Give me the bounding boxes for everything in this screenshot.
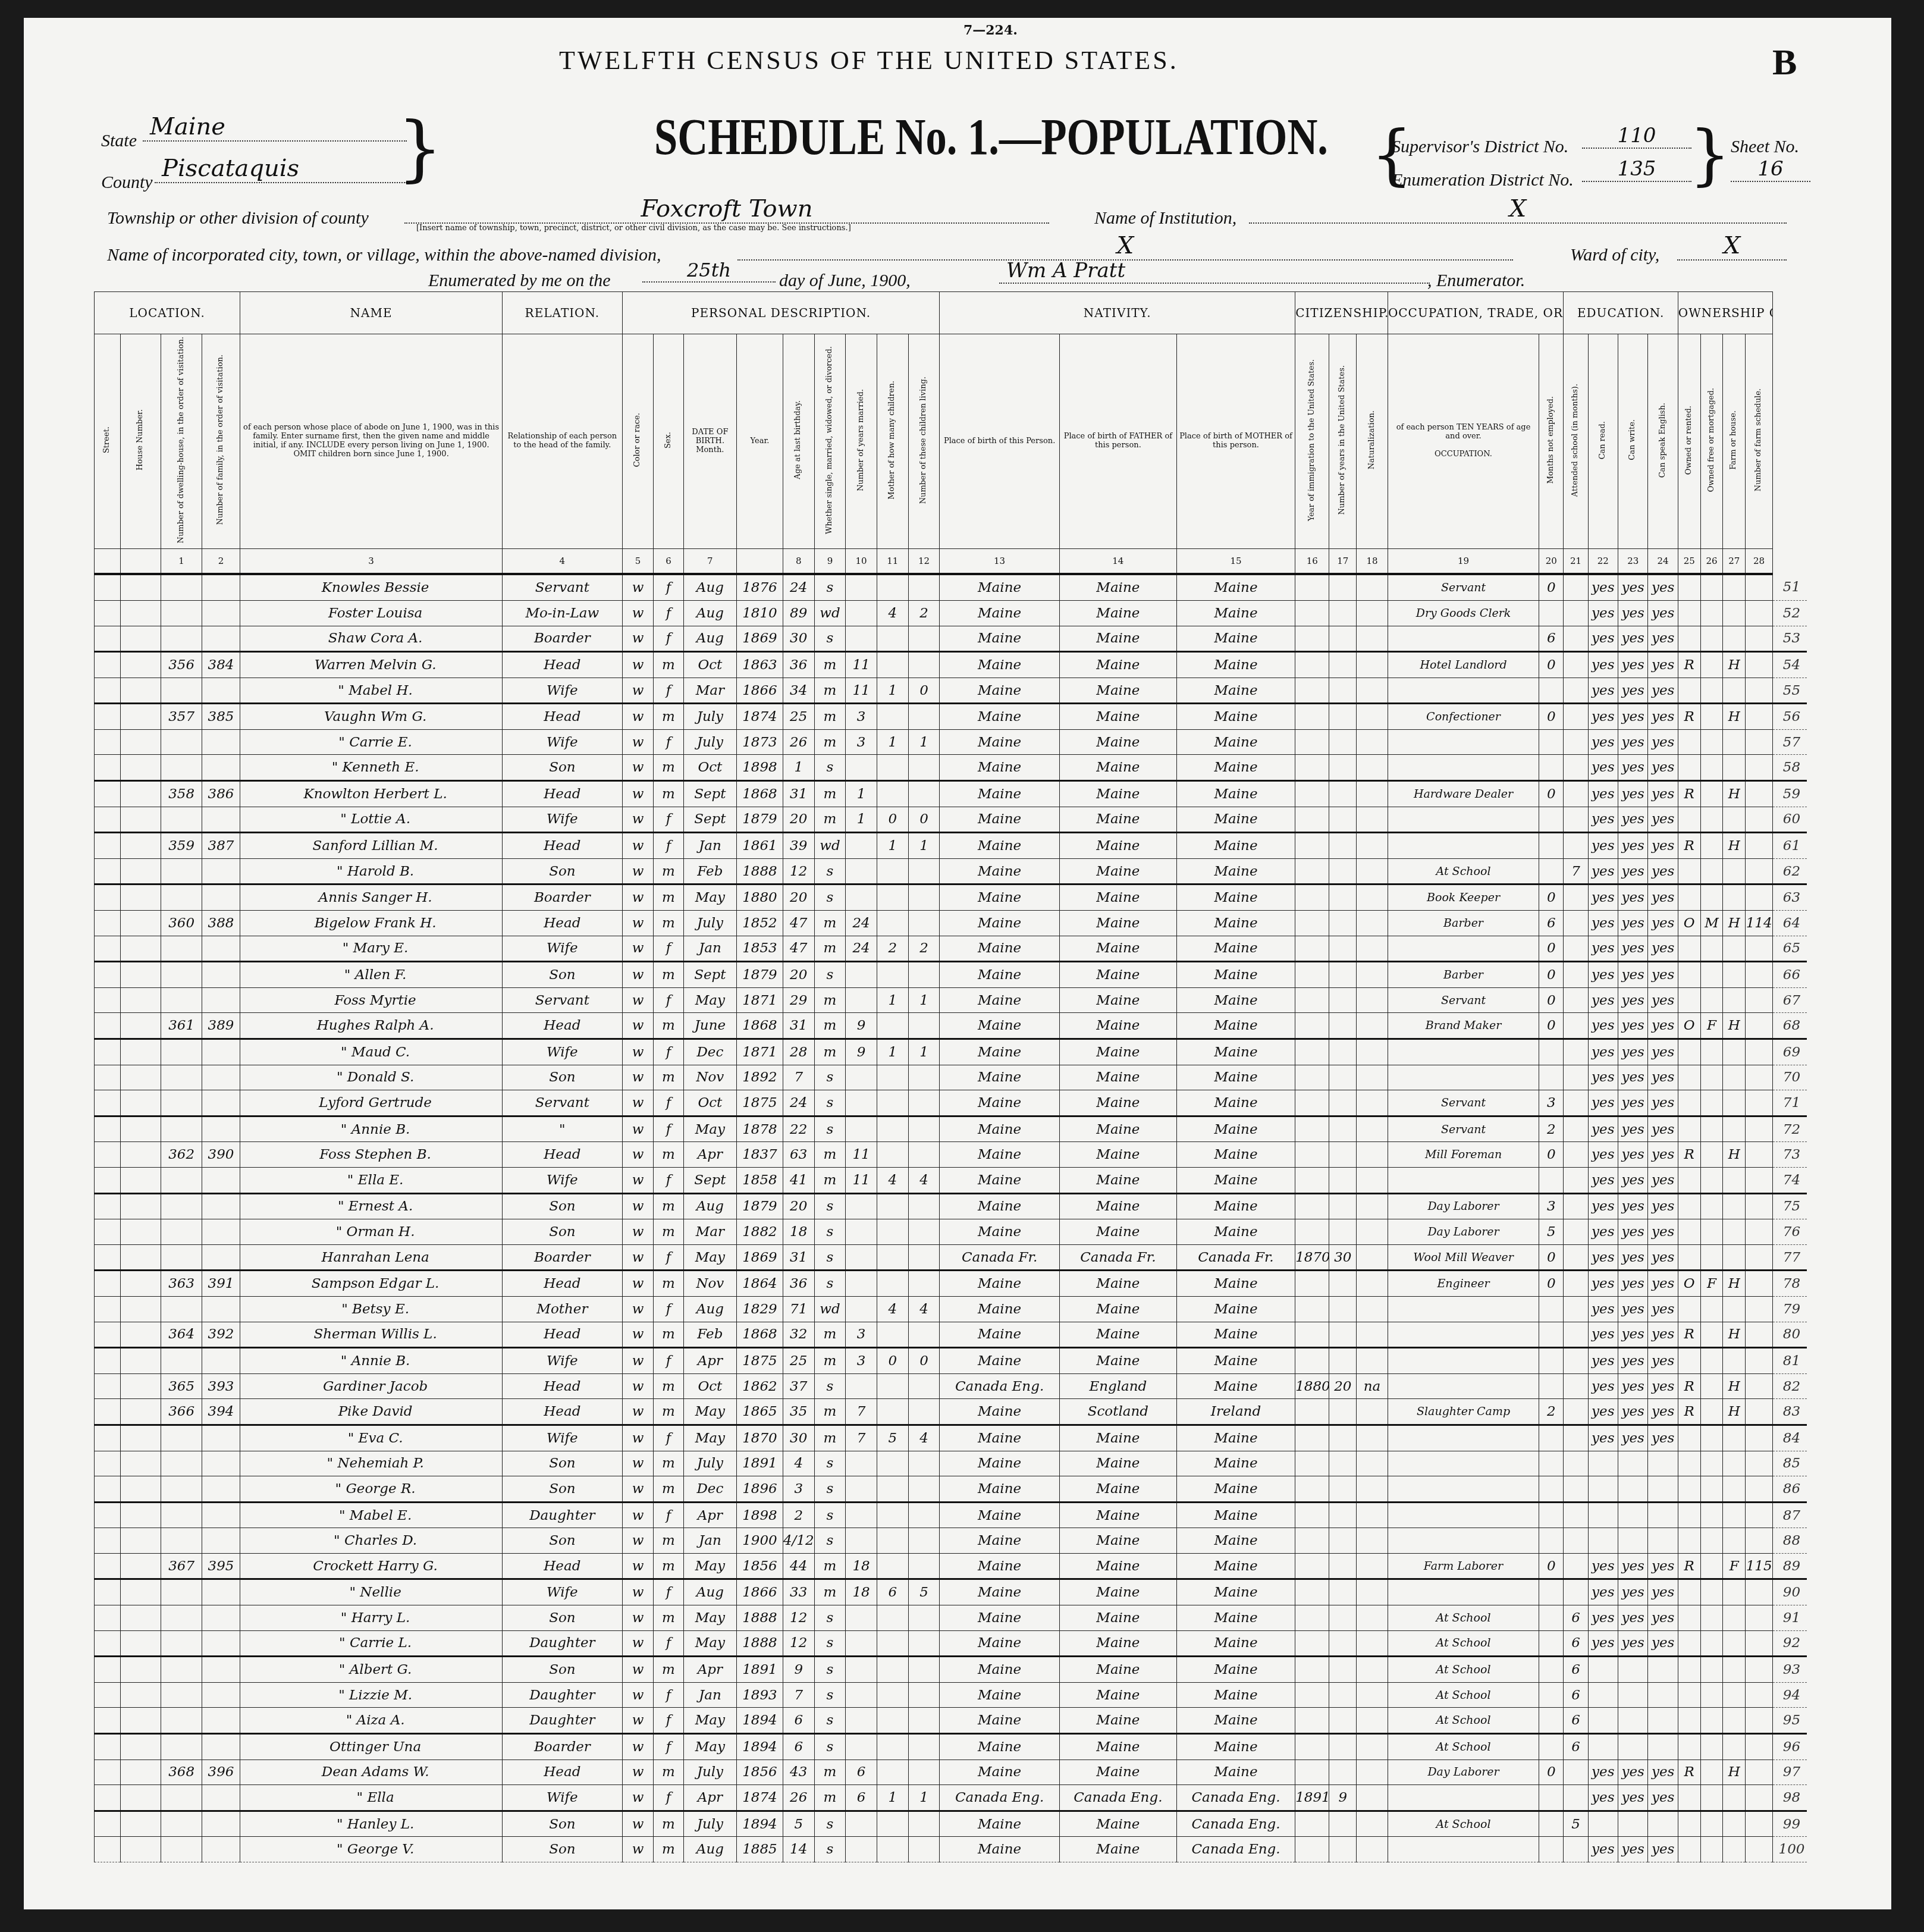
- farm-schedule-cell: [1746, 678, 1773, 704]
- ward-field[interactable]: X: [1677, 232, 1787, 261]
- age-cell: 1: [783, 755, 814, 781]
- can-speak-english-cell: yes: [1648, 1116, 1678, 1142]
- immigration-year-cell: [1295, 807, 1329, 833]
- months-unemployed-cell: [1539, 1785, 1564, 1811]
- can-speak-english-cell: yes: [1648, 1296, 1678, 1322]
- occupation-cell: Barber: [1388, 911, 1539, 936]
- immigration-year-cell: [1295, 1013, 1329, 1039]
- table-row: Foss MyrtieServantwfMay187129m11MaineMai…: [95, 987, 1807, 1013]
- age-cell: 26: [783, 1785, 814, 1811]
- owned-rented-cell: [1678, 1039, 1700, 1065]
- birthplace-person-cell: Maine: [940, 1502, 1060, 1528]
- mother-of-cell: [877, 1605, 908, 1631]
- attended-school-cell: [1564, 678, 1588, 704]
- can-read-cell: [1588, 1502, 1618, 1528]
- farm-house-cell: [1723, 1657, 1746, 1683]
- person-name-cell: " Kenneth E.: [240, 755, 503, 781]
- farm-schedule-cell: [1746, 1296, 1773, 1322]
- birth-month-cell: Apr: [683, 1785, 736, 1811]
- column-number: 15: [1176, 549, 1295, 575]
- marital-status-cell: wd: [814, 1296, 846, 1322]
- free-mortgaged-cell: [1700, 1399, 1723, 1425]
- can-read-cell: [1588, 1811, 1618, 1837]
- farm-schedule-cell: [1746, 1759, 1773, 1785]
- age-cell: 20: [783, 885, 814, 911]
- birthplace-father-cell: Maine: [1059, 729, 1176, 755]
- line-number: 84: [1772, 1425, 1807, 1451]
- house-number-cell: [120, 1553, 161, 1579]
- months-unemployed-cell: 0: [1539, 1013, 1564, 1039]
- line-number: 81: [1772, 1348, 1807, 1374]
- color-cell: w: [622, 1476, 654, 1503]
- naturalization-cell: [1357, 1528, 1388, 1554]
- color-cell: w: [622, 1425, 654, 1451]
- naturalization-cell: [1357, 885, 1388, 911]
- street-cell: [95, 1502, 121, 1528]
- dwelling-number-cell: 365: [161, 1373, 202, 1399]
- table-row: " Hanley L.SonwmJuly18945sMaineMaineCana…: [95, 1811, 1807, 1837]
- street-cell: [95, 1167, 121, 1193]
- city-label: Name of incorporated city, town, or vill…: [107, 245, 661, 265]
- occupation-cell: [1388, 936, 1539, 962]
- can-write-cell: yes: [1618, 833, 1648, 859]
- free-mortgaged-cell: [1700, 1502, 1723, 1528]
- citizenship-header: CITIZENSHIP.: [1295, 292, 1388, 334]
- birthplace-person-cell: Maine: [940, 1090, 1060, 1116]
- color-cell: w: [622, 781, 654, 807]
- birthplace-mother-cell: Maine: [1176, 1373, 1295, 1399]
- birthplace-person-cell: Maine: [940, 1065, 1060, 1090]
- naturalization-cell: [1357, 1142, 1388, 1168]
- relation-cell: Son: [503, 1811, 623, 1837]
- line-number: 63: [1772, 885, 1807, 911]
- family-number-cell: [202, 1605, 240, 1631]
- years-in-us-col: Number of years in the United States.: [1329, 334, 1357, 549]
- years-in-us-cell: 9: [1329, 1785, 1357, 1811]
- person-name-cell: Pike David: [240, 1399, 503, 1425]
- house-number-cell: [120, 1013, 161, 1039]
- enumerator-field[interactable]: Wm A Pratt: [999, 259, 1430, 284]
- birth-year-cell: 1858: [737, 1167, 783, 1193]
- family-number-cell: [202, 1528, 240, 1554]
- children-living-cell: [908, 1605, 940, 1631]
- birthplace-father-cell: Maine: [1059, 1476, 1176, 1503]
- age-cell: 2: [783, 1502, 814, 1528]
- birthplace-mother-cell: Maine: [1176, 1605, 1295, 1631]
- farm-house-cell: [1723, 936, 1746, 962]
- mother-of-cell: 1: [877, 987, 908, 1013]
- can-write-cell: yes: [1618, 987, 1648, 1013]
- can-write-cell: [1618, 1528, 1648, 1554]
- free-mortgaged-cell: [1700, 1528, 1723, 1554]
- family-number-cell: [202, 1039, 240, 1065]
- street-cell: [95, 1090, 121, 1116]
- birthplace-mother-cell: Maine: [1176, 987, 1295, 1013]
- naturalization-cell: [1357, 781, 1388, 807]
- street-cell: [95, 704, 121, 730]
- age-cell: 14: [783, 1837, 814, 1862]
- age-cell: 24: [783, 574, 814, 600]
- dwelling-number-cell: [161, 858, 202, 885]
- birthplace-person-cell: Maine: [940, 1013, 1060, 1039]
- can-read-cell: yes: [1588, 755, 1618, 781]
- birthplace-father-cell: Maine: [1059, 1657, 1176, 1683]
- years-in-us-cell: [1329, 1708, 1357, 1734]
- county-field[interactable]: Piscataquis: [155, 155, 407, 183]
- farm-house-cell: [1723, 1630, 1746, 1657]
- can-write-cell: yes: [1618, 1065, 1648, 1090]
- column-number: 8: [783, 549, 814, 575]
- birth-month-cell: Feb: [683, 858, 736, 885]
- color-cell: w: [622, 574, 654, 600]
- farm-house-cell: [1723, 858, 1746, 885]
- birthplace-mother-cell: Maine: [1176, 1502, 1295, 1528]
- marital-status-cell: s: [814, 1682, 846, 1708]
- line-number: 96: [1772, 1734, 1807, 1760]
- years-married-cell: 18: [846, 1553, 877, 1579]
- house-number-cell: [120, 1605, 161, 1631]
- dwelling-number-cell: [161, 1528, 202, 1554]
- can-write-cell: yes: [1618, 1116, 1648, 1142]
- sex-cell: m: [654, 1476, 683, 1503]
- children-living-cell: [908, 1373, 940, 1399]
- nativity-header: NATIVITY.: [940, 292, 1295, 334]
- attended-school-cell: [1564, 729, 1588, 755]
- owned-rented-cell: [1678, 858, 1700, 885]
- column-number: 24: [1648, 549, 1678, 575]
- person-name-cell: " Eva C.: [240, 1425, 503, 1451]
- naturalization-cell: [1357, 1193, 1388, 1219]
- years-married-cell: [846, 1734, 877, 1760]
- table-row: Hanrahan LenaBoarderwfMay186931sCanada F…: [95, 1244, 1807, 1271]
- birthplace-father-cell: Canada Eng.: [1059, 1785, 1176, 1811]
- years-in-us-cell: [1329, 1193, 1357, 1219]
- color-cell: w: [622, 1837, 654, 1862]
- line-number: 100: [1772, 1837, 1807, 1862]
- table-row: " Donald S.SonwmNov18927sMaineMaineMaine…: [95, 1065, 1807, 1090]
- occupation-cell: [1388, 833, 1539, 859]
- line-number: 99: [1772, 1811, 1807, 1837]
- line-number: 61: [1772, 833, 1807, 859]
- marital-status-cell: s: [814, 1708, 846, 1734]
- age-cell: 6: [783, 1734, 814, 1760]
- farm-house-cell: F: [1723, 1553, 1746, 1579]
- birthplace-person-cell: Maine: [940, 574, 1060, 600]
- can-speak-english-cell: yes: [1648, 1837, 1678, 1862]
- free-mortgaged-cell: [1700, 600, 1723, 626]
- free-mortgaged-cell: [1700, 1039, 1723, 1065]
- dwelling-number-cell: 357: [161, 704, 202, 730]
- age-cell: 29: [783, 987, 814, 1013]
- house-number-cell: [120, 600, 161, 626]
- can-speak-english-cell: yes: [1648, 1065, 1678, 1090]
- family-number-cell: 384: [202, 652, 240, 678]
- months-unemployed-cell: [1539, 600, 1564, 626]
- attended-school-col: Attended school (in months).: [1564, 334, 1588, 549]
- children-living-cell: [908, 1322, 940, 1348]
- can-read-cell: [1588, 1528, 1618, 1554]
- years-in-us-cell: [1329, 678, 1357, 704]
- occupation-cell: Wool Mill Weaver: [1388, 1244, 1539, 1271]
- can-read-cell: yes: [1588, 678, 1618, 704]
- family-number-cell: [202, 574, 240, 600]
- can-read-cell: yes: [1588, 1193, 1618, 1219]
- farm-house-cell: H: [1723, 652, 1746, 678]
- institution-field[interactable]: X: [1249, 195, 1787, 224]
- marital-status-cell: wd: [814, 833, 846, 859]
- occupation-cell: Slaughter Camp: [1388, 1399, 1539, 1425]
- owned-rented-cell: [1678, 1605, 1700, 1631]
- person-name-cell: " Mabel E.: [240, 1502, 503, 1528]
- can-speak-english-cell: yes: [1648, 704, 1678, 730]
- children-living-cell: [908, 1476, 940, 1503]
- birthplace-mother-cell: Maine: [1176, 1630, 1295, 1657]
- name-desc: of each person whose place of abode on J…: [240, 334, 503, 549]
- birthplace-mother-cell: Maine: [1176, 1657, 1295, 1683]
- column-number: 18: [1357, 549, 1388, 575]
- line-number: 95: [1772, 1708, 1807, 1734]
- birthplace-mother-cell: Maine: [1176, 1142, 1295, 1168]
- immigration-year-cell: [1295, 885, 1329, 911]
- house-number-cell: [120, 1734, 161, 1760]
- color-cell: w: [622, 704, 654, 730]
- relation-cell: Wife: [503, 1348, 623, 1374]
- mother-of-cell: [877, 652, 908, 678]
- person-name-cell: Knowlton Herbert L.: [240, 781, 503, 807]
- birthplace-person-cell: Maine: [940, 807, 1060, 833]
- naturalization-cell: [1357, 704, 1388, 730]
- naturalization-cell: [1357, 1605, 1388, 1631]
- family-number-cell: [202, 1451, 240, 1476]
- mother-of-cell: [877, 704, 908, 730]
- marital-status-cell: m: [814, 729, 846, 755]
- immigration-year-cell: [1295, 1734, 1329, 1760]
- can-write-cell: yes: [1618, 1837, 1648, 1862]
- street-cell: [95, 936, 121, 962]
- naturalization-cell: [1357, 1219, 1388, 1245]
- immigration-year-cell: [1295, 1502, 1329, 1528]
- can-read-cell: yes: [1588, 1605, 1618, 1631]
- relation-cell: Head: [503, 1759, 623, 1785]
- family-number-cell: [202, 600, 240, 626]
- mother-of-cell: 6: [877, 1579, 908, 1605]
- birthplace-mother-cell: Maine: [1176, 1219, 1295, 1245]
- dwelling-number-cell: [161, 1348, 202, 1374]
- birthplace-father-cell: Maine: [1059, 962, 1176, 988]
- house-number-cell: [120, 833, 161, 859]
- birthplace-father-cell: Maine: [1059, 1116, 1176, 1142]
- birthplace-person-cell: Maine: [940, 1425, 1060, 1451]
- dwelling-number-cell: [161, 885, 202, 911]
- family-number-cell: [202, 1657, 240, 1683]
- years-married-cell: 11: [846, 678, 877, 704]
- dwelling-number-cell: [161, 807, 202, 833]
- can-read-cell: yes: [1588, 1348, 1618, 1374]
- years-in-us-cell: [1329, 987, 1357, 1013]
- free-mortgaged-cell: [1700, 781, 1723, 807]
- township-field[interactable]: Foxcroft Town: [404, 195, 1049, 224]
- birthplace-mother-cell: Maine: [1176, 1476, 1295, 1503]
- free-mortgaged-cell: [1700, 1630, 1723, 1657]
- color-cell: w: [622, 1630, 654, 1657]
- immigration-year-cell: [1295, 962, 1329, 988]
- city-field[interactable]: X: [737, 232, 1513, 261]
- months-unemployed-cell: [1539, 1373, 1564, 1399]
- farm-schedule-cell: [1746, 987, 1773, 1013]
- birth-month-cell: May: [683, 1399, 736, 1425]
- sheet-number-field[interactable]: 16: [1731, 157, 1810, 182]
- birth-year-cell: 1868: [737, 1013, 783, 1039]
- person-name-cell: " Donald S.: [240, 1065, 503, 1090]
- person-name-cell: Shaw Cora A.: [240, 626, 503, 652]
- table-row: " Eva C.WifewfMay187030m754MaineMaineMai…: [95, 1425, 1807, 1451]
- mother-of-cell: [877, 1657, 908, 1683]
- relation-cell: Wife: [503, 807, 623, 833]
- birth-year-cell: 1891: [737, 1451, 783, 1476]
- farm-house-cell: H: [1723, 781, 1746, 807]
- township-hint: [Insert name of township, town, precinct…: [416, 224, 851, 233]
- population-table: LOCATION. NAME RELATION. PERSONAL DESCRI…: [94, 291, 1807, 1862]
- can-read-cell: yes: [1588, 858, 1618, 885]
- can-write-cell: yes: [1618, 1348, 1648, 1374]
- column-number: 27: [1723, 549, 1746, 575]
- marital-status-cell: m: [814, 1579, 846, 1605]
- birth-month-cell: Feb: [683, 1322, 736, 1348]
- mother-of-cell: 1: [877, 1039, 908, 1065]
- owned-rented-cell: [1678, 1090, 1700, 1116]
- can-speak-english-cell: yes: [1648, 1090, 1678, 1116]
- birthplace-father-cell: Maine: [1059, 1039, 1176, 1065]
- birthplace-father-cell: England: [1059, 1373, 1176, 1399]
- relation-cell: Boarder: [503, 885, 623, 911]
- sex-cell: f: [654, 1502, 683, 1528]
- color-cell: w: [622, 1142, 654, 1168]
- dwelling-number-cell: 364: [161, 1322, 202, 1348]
- birth-year-cell: 1888: [737, 858, 783, 885]
- line-number: 62: [1772, 858, 1807, 885]
- table-row: " Kenneth E.SonwmOct18981sMaineMaineMain…: [95, 755, 1807, 781]
- birth-month-cell: Jan: [683, 1682, 736, 1708]
- relation-cell: Boarder: [503, 626, 623, 652]
- can-read-cell: yes: [1588, 885, 1618, 911]
- street-col: Street.: [95, 334, 121, 549]
- children-living-cell: [908, 1837, 940, 1862]
- immigration-year-cell: [1295, 600, 1329, 626]
- relation-cell: Daughter: [503, 1682, 623, 1708]
- color-cell: w: [622, 1785, 654, 1811]
- color-cell: w: [622, 1451, 654, 1476]
- months-unemployed-cell: [1539, 1476, 1564, 1503]
- can-write-cell: [1618, 1657, 1648, 1683]
- farm-schedule-cell: [1746, 962, 1773, 988]
- years-in-us-cell: [1329, 1837, 1357, 1862]
- color-cell: w: [622, 936, 654, 962]
- birth-month-cell: July: [683, 704, 736, 730]
- line-number: 90: [1772, 1579, 1807, 1605]
- can-read-cell: yes: [1588, 600, 1618, 626]
- naturalization-cell: [1357, 1039, 1388, 1065]
- relation-cell: Wife: [503, 1039, 623, 1065]
- free-mortgaged-cell: [1700, 1605, 1723, 1631]
- free-mortgaged-cell: F: [1700, 1271, 1723, 1297]
- line-number: 68: [1772, 1013, 1807, 1039]
- family-number-cell: 385: [202, 704, 240, 730]
- farm-house-cell: H: [1723, 1759, 1746, 1785]
- naturalization-cell: [1357, 1065, 1388, 1090]
- birthplace-father-cell: Maine: [1059, 1528, 1176, 1554]
- children-living-cell: [908, 781, 940, 807]
- birthplace-person-cell: Maine: [940, 833, 1060, 859]
- age-cell: 32: [783, 1322, 814, 1348]
- farm-house-cell: [1723, 1528, 1746, 1554]
- birthplace-person-cell: Maine: [940, 729, 1060, 755]
- sex-cell: m: [654, 1811, 683, 1837]
- street-cell: [95, 1399, 121, 1425]
- attended-school-cell: [1564, 911, 1588, 936]
- relation-cell: Son: [503, 1657, 623, 1683]
- owned-rented-cell: [1678, 1348, 1700, 1374]
- state-field[interactable]: Maine: [143, 113, 407, 142]
- birthplace-mother-cell: Canada Eng.: [1176, 1811, 1295, 1837]
- age-cell: 44: [783, 1553, 814, 1579]
- house-number-cell: [120, 911, 161, 936]
- family-number-cell: 389: [202, 1013, 240, 1039]
- months-unemployed-cell: 0: [1539, 936, 1564, 962]
- months-unemployed-cell: [1539, 858, 1564, 885]
- naturalization-cell: [1357, 1657, 1388, 1683]
- attended-school-cell: 7: [1564, 858, 1588, 885]
- can-speak-english-cell: [1648, 1476, 1678, 1503]
- relation-cell: Mother: [503, 1296, 623, 1322]
- enumeration-district-field[interactable]: 135: [1582, 157, 1691, 182]
- sheet-letter: B: [1772, 42, 1797, 84]
- family-number-cell: [202, 1579, 240, 1605]
- years-married-cell: [846, 833, 877, 859]
- marital-status-cell: m: [814, 781, 846, 807]
- person-name-cell: " Charles D.: [240, 1528, 503, 1554]
- age-cell: 12: [783, 1630, 814, 1657]
- free-mortgaged-cell: [1700, 1734, 1723, 1760]
- can-speak-english-cell: yes: [1648, 1630, 1678, 1657]
- birthplace-father-cell: Maine: [1059, 678, 1176, 704]
- enumerated-day-field[interactable]: 25th: [642, 259, 776, 283]
- can-write-cell: yes: [1618, 1605, 1648, 1631]
- years-married-cell: [846, 1502, 877, 1528]
- years-married-cell: [846, 1219, 877, 1245]
- months-unemployed-cell: [1539, 1322, 1564, 1348]
- person-name-cell: Foss Stephen B.: [240, 1142, 503, 1168]
- immigration-year-cell: [1295, 1219, 1329, 1245]
- birth-month-cell: Aug: [683, 626, 736, 652]
- line-number: 94: [1772, 1682, 1807, 1708]
- color-cell: w: [622, 1579, 654, 1605]
- supervisor-field[interactable]: 110: [1582, 124, 1691, 149]
- occupation-col: of each person TEN YEARS of age and over…: [1388, 334, 1539, 549]
- attended-school-cell: [1564, 1013, 1588, 1039]
- birth-month-cell: Nov: [683, 1065, 736, 1090]
- months-unemployed-cell: 0: [1539, 574, 1564, 600]
- immigration-year-cell: [1295, 1630, 1329, 1657]
- birthplace-person-cell: Maine: [940, 704, 1060, 730]
- children-living-cell: 4: [908, 1167, 940, 1193]
- birth-month-cell: June: [683, 1013, 736, 1039]
- owned-rented-cell: R: [1678, 1759, 1700, 1785]
- years-in-us-cell: [1329, 729, 1357, 755]
- sex-cell: f: [654, 833, 683, 859]
- sex-cell: m: [654, 1271, 683, 1297]
- can-speak-english-cell: yes: [1648, 781, 1678, 807]
- table-row: 368396Dean Adams W.HeadwmJuly185643m6Mai…: [95, 1759, 1807, 1785]
